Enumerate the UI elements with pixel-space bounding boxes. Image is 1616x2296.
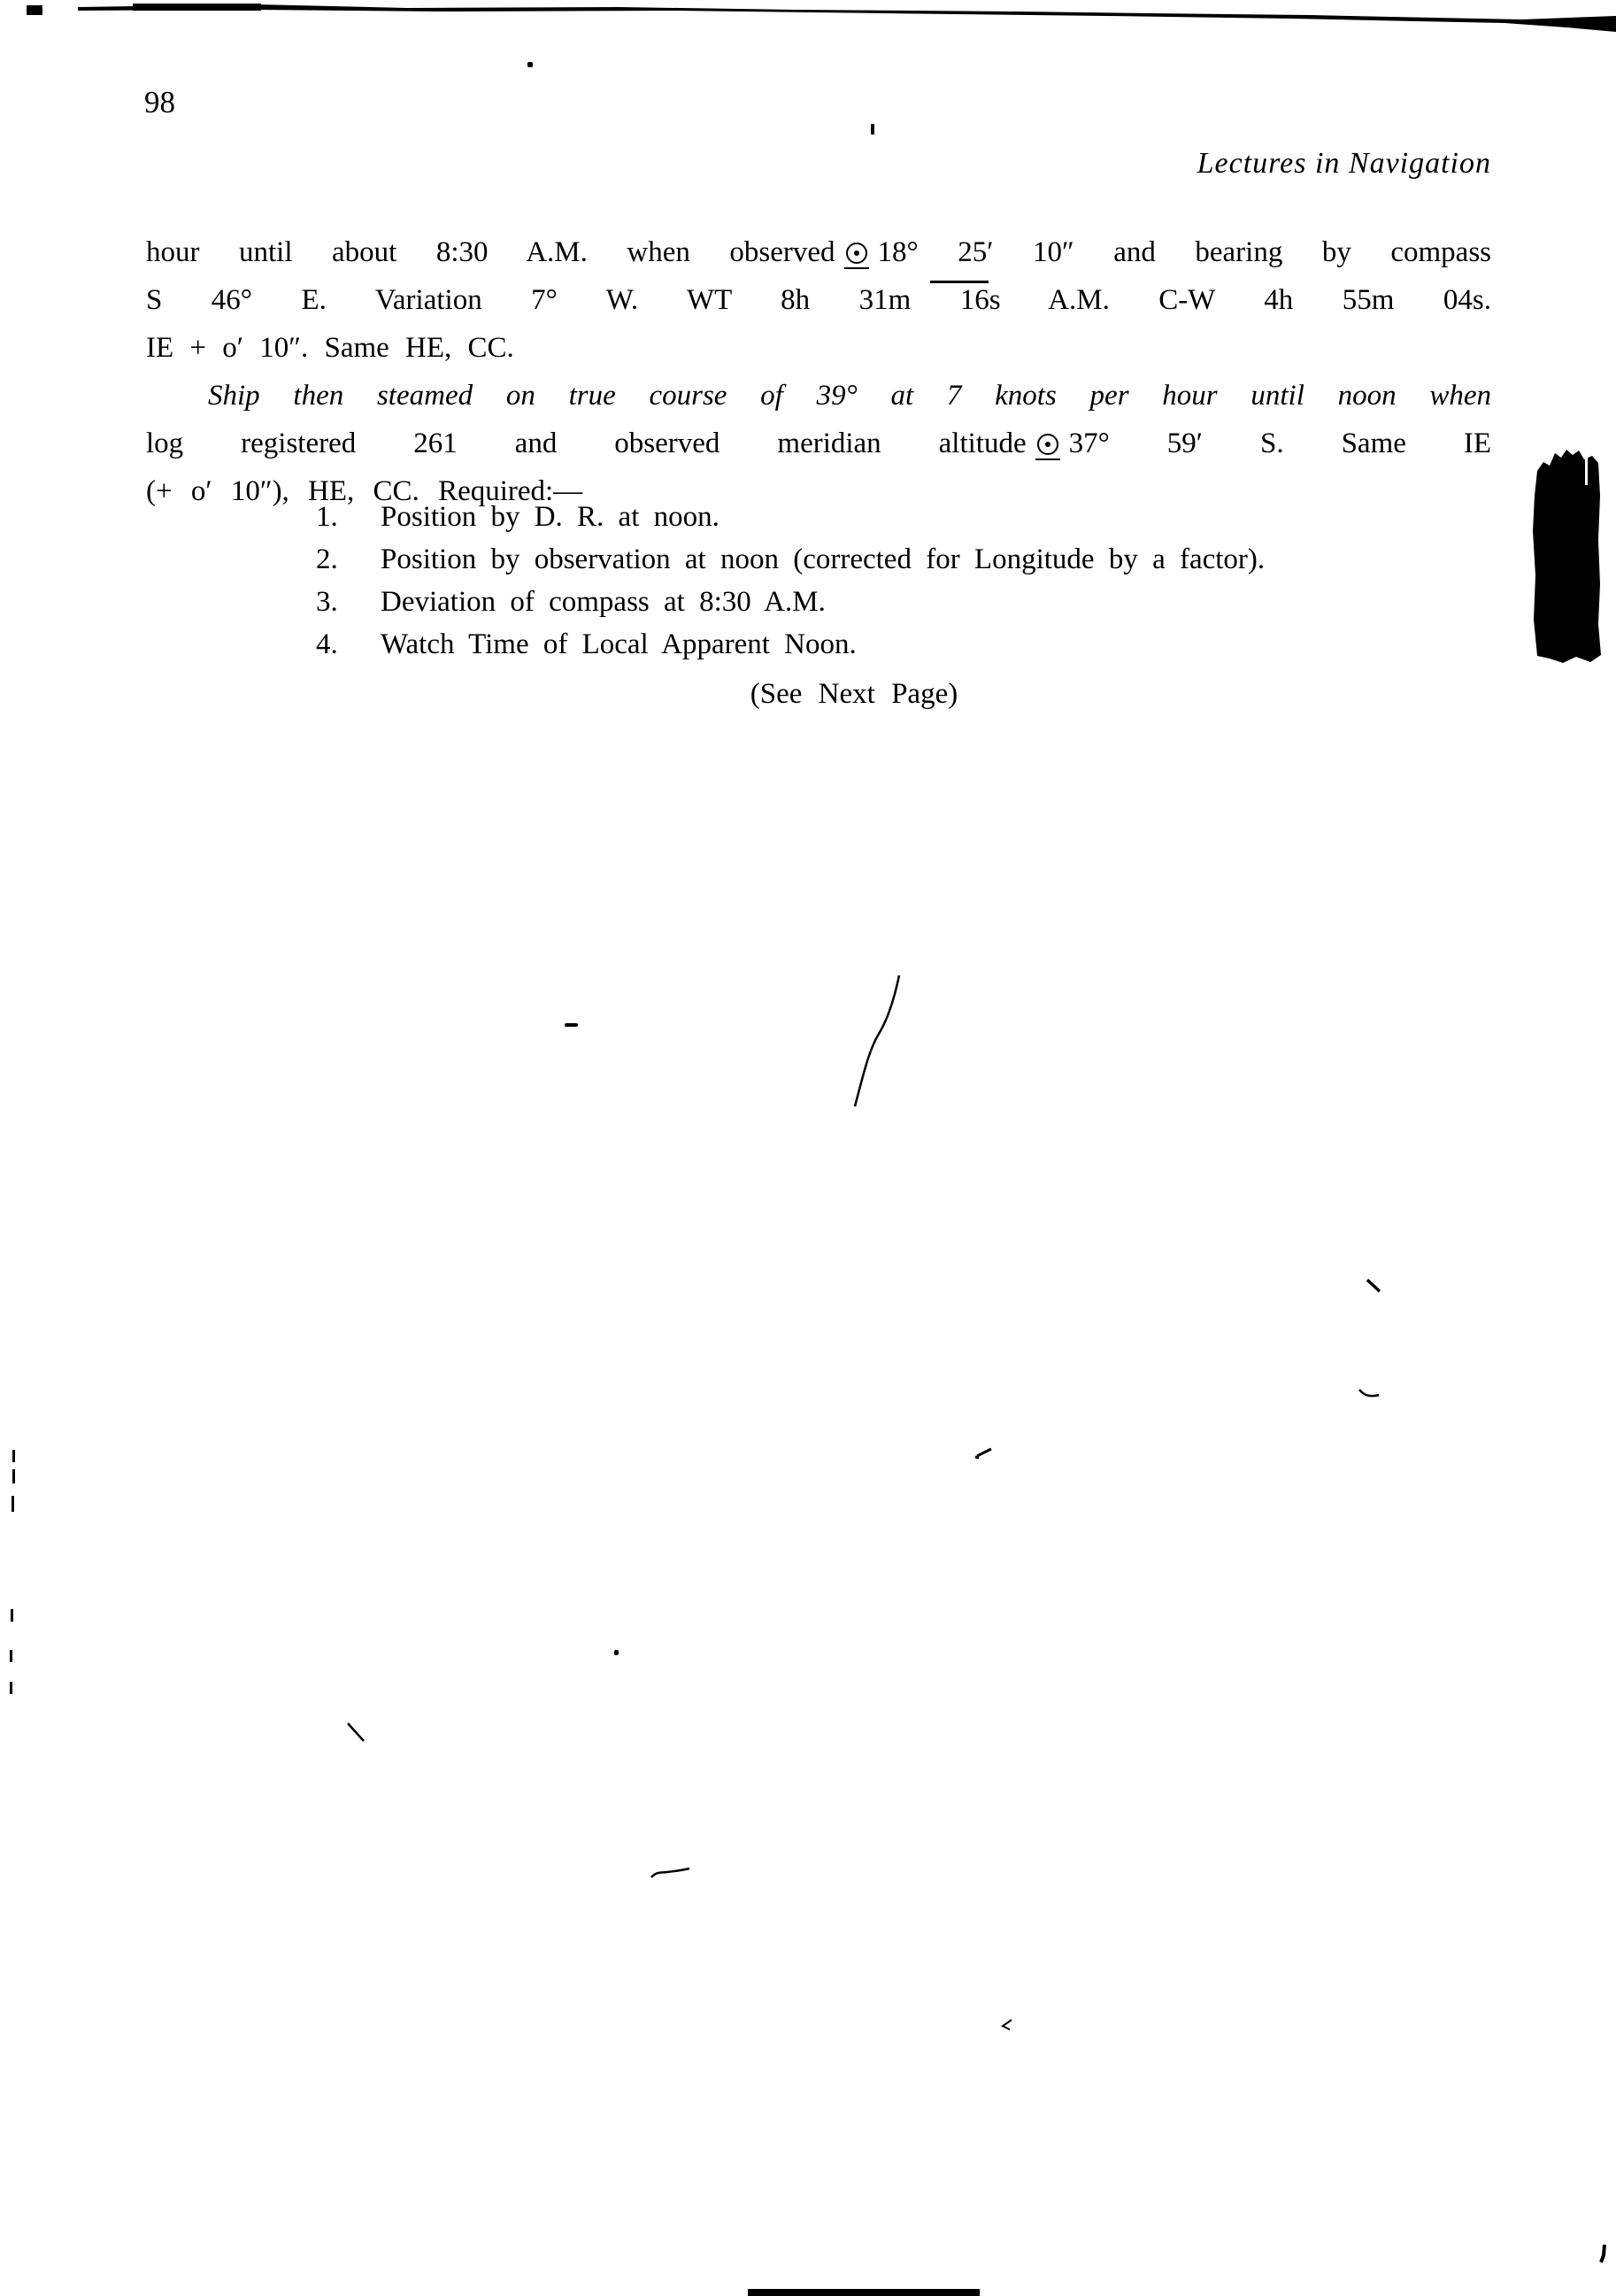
scanned-book-page: 98 Lectures in Navigation hour until abo… (0, 0, 1616, 2296)
running-title: Lectures in Navigation (1197, 147, 1491, 181)
scan-artifact-margin-tick (12, 1450, 15, 1462)
list-number: 3. (316, 581, 381, 623)
scan-artifact-margin-tick (11, 1609, 13, 1622)
requirements-list: 1.Position by D. R. at noon. 2.Position … (316, 496, 1493, 666)
scan-artifact-margin-tick (10, 1650, 12, 1662)
scan-artifact-backslash (348, 1723, 364, 1741)
list-item: 2.Position by observation at noon (corre… (316, 538, 1493, 581)
list-item: 4.Watch Time of Local Apparent Noon. (316, 623, 1493, 666)
scan-artifact-margin-tick (12, 1496, 14, 1512)
paragraph1-line2: S 46° E. Variation 7° W. WT 8h 31m 16s A… (146, 276, 1491, 324)
scan-artifact-dot (614, 1650, 619, 1655)
text-run: hour until about 8:30 A.M. when observed (146, 236, 835, 268)
paragraph2-line1: Ship then steamed on true course of 39° … (146, 372, 1491, 420)
text-run: log registered 261 and observed meridian… (146, 428, 1027, 459)
scan-artifact-bottom-bar (748, 2289, 980, 2296)
list-text: Position by D. R. at noon. (381, 501, 720, 533)
scan-artifact-apostrophe (1601, 2245, 1604, 2262)
sun-icon (1035, 434, 1060, 460)
body-text: hour until about 8:30 A.M. when observed… (146, 228, 1491, 515)
scan-artifact-backtick (1367, 1280, 1380, 1291)
paragraph2-line2: log registered 261 and observed meridian… (146, 420, 1491, 467)
list-item: 1.Position by D. R. at noon. (316, 496, 1493, 538)
list-text: Deviation of compass at 8:30 A.M. (381, 586, 826, 618)
scan-artifact-top-dash (133, 4, 261, 11)
paragraph1-line3: IE + o′ 10″. Same HE, CC. (146, 324, 1491, 372)
scan-artifact-dash (565, 1023, 578, 1027)
scan-artifact-angle-mark (1003, 2020, 1012, 2030)
scan-artifact-top-edge (78, 4, 1616, 32)
list-item: 3.Deviation of compass at 8:30 A.M. (316, 581, 1493, 623)
scan-artifact-squiggle (651, 1868, 689, 1877)
text-run: 18° 25′ 10″ and bearing by compass (878, 236, 1491, 268)
scan-artifact-curved-stroke (855, 975, 899, 1106)
sun-icon (844, 243, 869, 269)
list-text: Position by observation at noon (correct… (381, 543, 1265, 575)
scan-artifact-margin-tick (10, 1682, 12, 1694)
scan-artifact-tick (871, 124, 874, 135)
scan-artifact-corner-mark (27, 5, 42, 15)
paragraph1-line1: hour until about 8:30 A.M. when observed… (146, 228, 1491, 276)
text-run: 37° 59′ S. Same IE (1069, 428, 1491, 459)
see-next-page-note: (See Next Page) (181, 678, 1527, 711)
list-number: 2. (316, 538, 381, 581)
scan-artifact-arrow-mark (975, 1449, 991, 1458)
scan-artifact-margin-tick (12, 1469, 15, 1483)
scan-artifact-ink-blot (1533, 450, 1601, 663)
list-number: 1. (316, 496, 381, 538)
scan-artifact-hook (1359, 1390, 1379, 1396)
list-text: Watch Time of Local Apparent Noon. (381, 628, 857, 660)
scan-artifact-dot (527, 62, 533, 67)
scan-artifact-blot-slit (1585, 451, 1588, 485)
list-number: 4. (316, 623, 381, 666)
page-number: 98 (144, 85, 175, 120)
